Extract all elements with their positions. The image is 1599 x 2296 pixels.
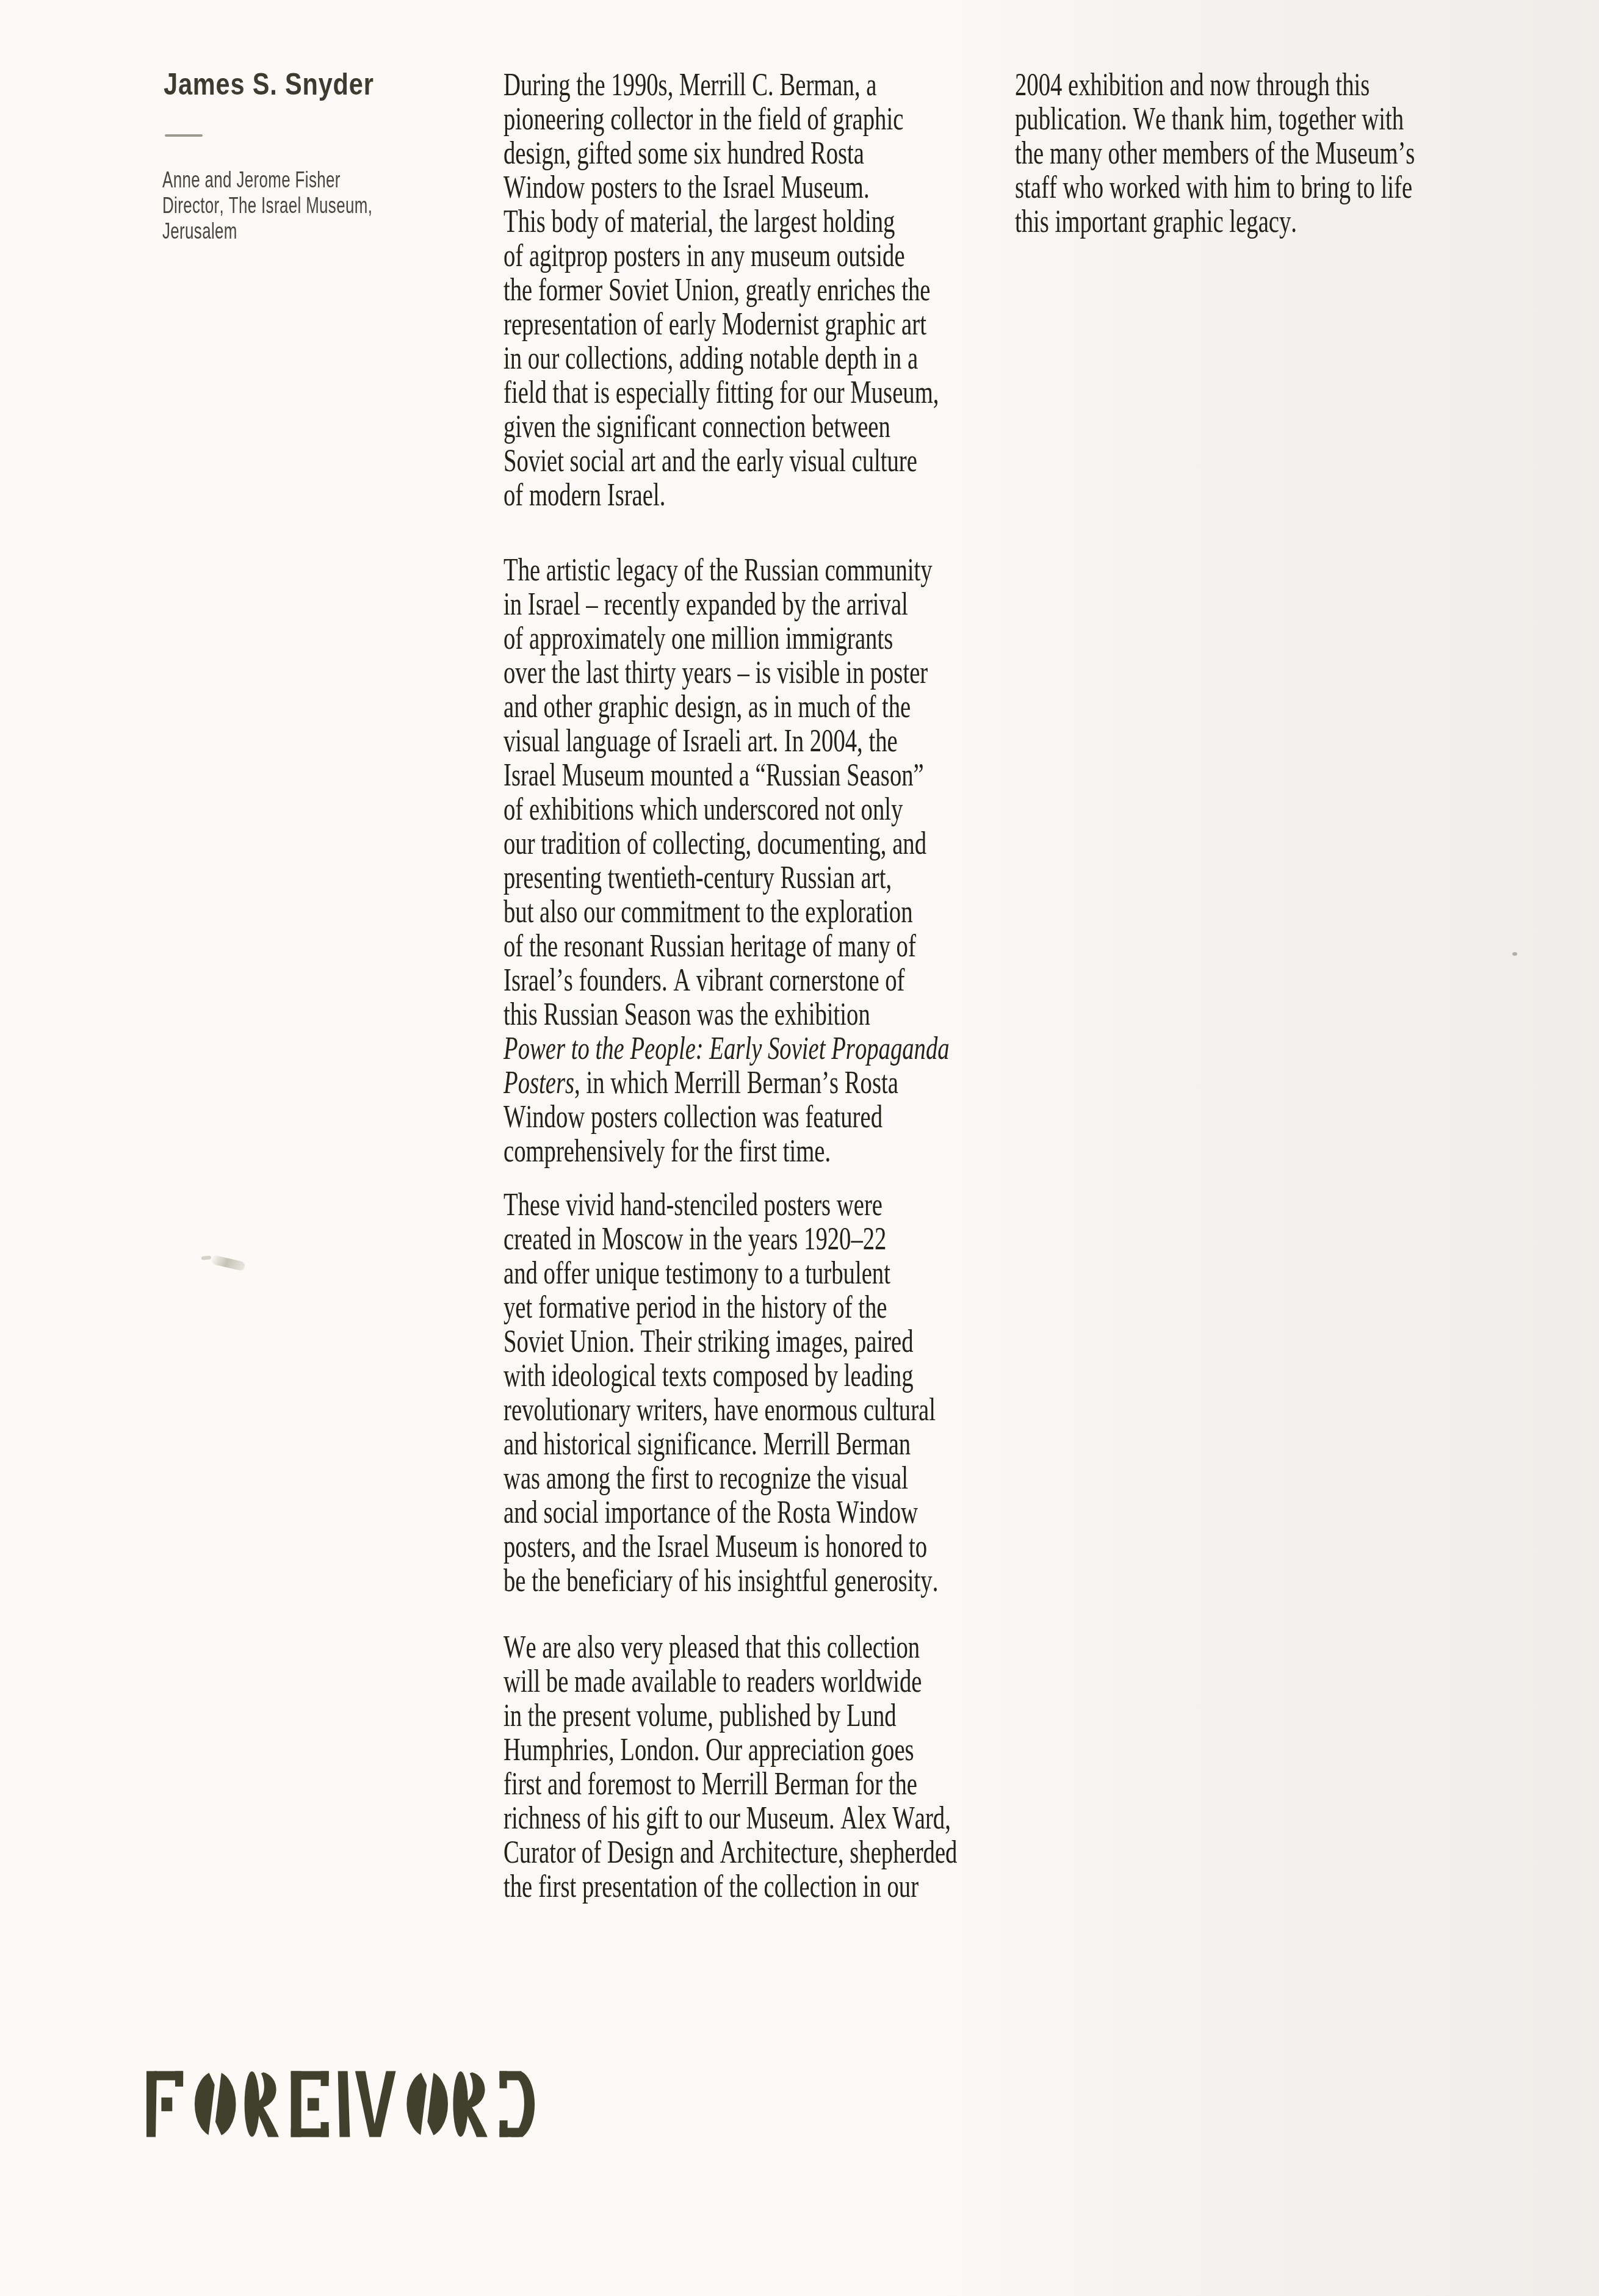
author-divider xyxy=(165,134,203,137)
paragraph-5: 2004 exhibition and now through this pub… xyxy=(1015,68,1572,239)
paragraph-3: These vivid hand-stenciled posters were … xyxy=(504,1188,1061,1598)
paragraph-2-lead: The artistic legacy of the Russian commu… xyxy=(504,552,933,1032)
foreword-stencil-svg xyxy=(146,2069,542,2139)
scan-pencil-squiggle xyxy=(211,1255,246,1271)
paragraph-1: During the 1990s, Merrill C. Berman, a p… xyxy=(504,68,1061,512)
book-page: James S. Snyder Anne and Jerome Fisher D… xyxy=(0,0,1599,2296)
scan-speck xyxy=(1512,952,1517,956)
paragraph-4: We are also very pleased that this colle… xyxy=(504,1630,1061,1904)
scan-pencil-fleck xyxy=(201,1255,212,1260)
author-affiliation: Anne and Jerome Fisher Director, The Isr… xyxy=(162,167,435,244)
foreword-stencil-logo xyxy=(146,2069,542,2139)
paragraph-2: The artistic legacy of the Russian commu… xyxy=(504,553,1061,1168)
author-name: James S. Snyder xyxy=(164,69,374,99)
